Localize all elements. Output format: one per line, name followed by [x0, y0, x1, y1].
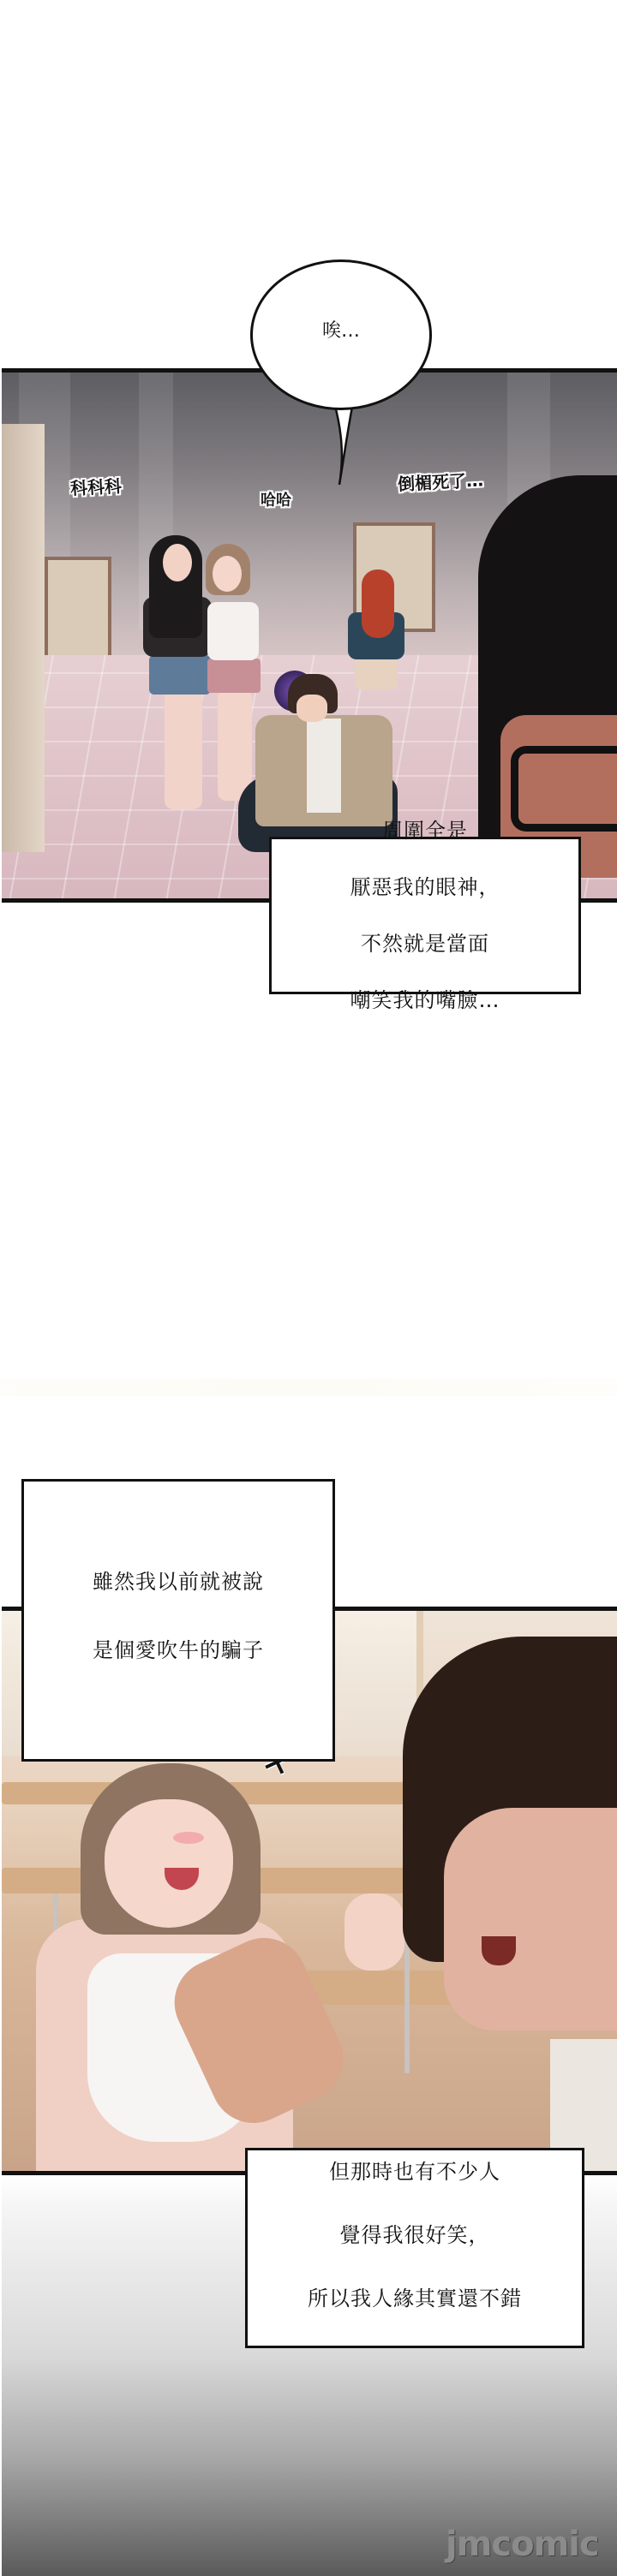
caption-text: 雖然我以前就被說 是個愛吹牛的騙子: [93, 1530, 264, 1702]
caption-text: 但那時也有不少人 覺得我很好笑， 所以我人緣其實還不錯: [308, 2125, 522, 2346]
girl-red-hair-skirt: [355, 655, 398, 689]
girl-short-hair-legs: [218, 689, 252, 801]
girl-short-hair-skirt: [207, 659, 261, 693]
caption-line: 所以我人緣其實還不錯: [308, 2283, 522, 2315]
girl-short-hair-face: [213, 556, 242, 592]
caption-line: 周圍全是: [350, 817, 500, 845]
speech-bubble: 唉…: [250, 259, 432, 410]
girl-short-hair-top: [207, 602, 259, 660]
boy-face: [444, 1808, 617, 2030]
laughing-girl-face: [105, 1799, 233, 1928]
girl-red-hair: [362, 569, 394, 638]
girl-black-hair-face: [163, 544, 192, 581]
caption-box-surrounded: 周圍全是 厭惡我的眼神， 不然就是當面 嘲笑我的嘴臉…: [269, 837, 581, 994]
kneeling-boy-face: [297, 695, 327, 722]
caption-line: 覺得我很好笑，: [308, 2220, 522, 2251]
panel-hallway: 科科科 哈哈 倒楣死了…: [2, 368, 617, 903]
caption-line: 是個愛吹牛的騙子: [93, 1633, 264, 1667]
girl-black-hair-shorts: [149, 655, 211, 695]
blush-icon: [173, 1832, 204, 1844]
watermark-logo: jmcomic: [446, 2525, 599, 2564]
girl-raised-hand: [344, 1893, 404, 1971]
girl-black-hair-legs: [165, 689, 202, 809]
caption-line: 厭惡我的眼神，: [350, 874, 500, 902]
speech-bubble-tail: [332, 402, 355, 485]
speech-bubble-text: 唉…: [322, 316, 360, 343]
caption-line: 不然就是當面: [350, 930, 500, 958]
caption-box-liar: 雖然我以前就被說 是個愛吹牛的騙子: [21, 1479, 335, 1762]
caption-text: 周圍全是 厭惡我的眼神， 不然就是當面 嘲笑我的嘴臉…: [350, 789, 500, 1043]
sfx-haha: 哈哈: [261, 488, 291, 510]
glasses-icon: [511, 746, 617, 832]
boy-open-mouth: [482, 1936, 516, 1965]
caption-box-popular: 但那時也有不少人 覺得我很好笑， 所以我人緣其實還不錯: [245, 2148, 584, 2348]
caption-line: 但那時也有不少人: [308, 2156, 522, 2188]
caption-line: 雖然我以前就被說: [93, 1565, 264, 1599]
caption-line: 嘲笑我的嘴臉…: [350, 987, 500, 1015]
background-strip: [0, 1379, 617, 1396]
kneeling-boy-shirt: [307, 719, 341, 813]
hallway-left-wall: [2, 424, 45, 852]
sfx-kekeke: 科科科: [69, 472, 122, 499]
sfx-daomei: 倒楣死了…: [397, 466, 483, 495]
